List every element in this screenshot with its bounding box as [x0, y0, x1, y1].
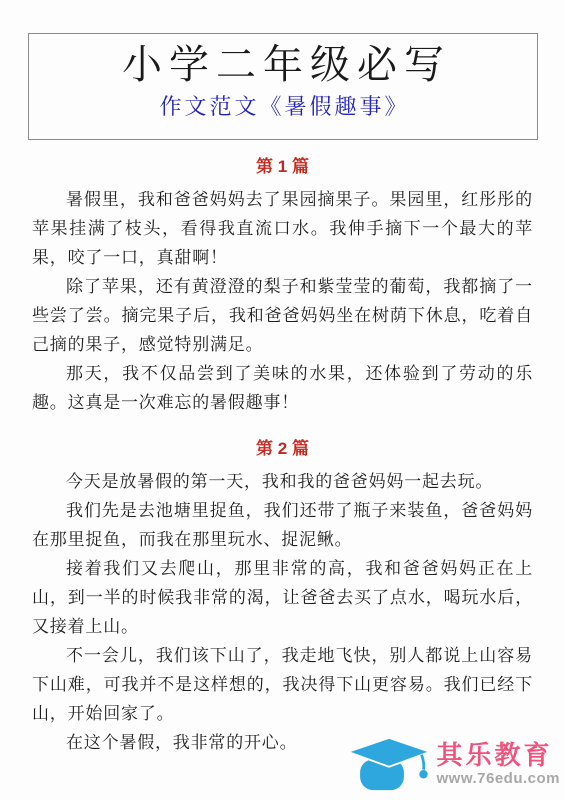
page-title: 小学二年级必写 — [36, 41, 537, 89]
section-1-heading: 第 1 篇 — [32, 156, 533, 178]
paragraph: 除了苹果，还有黄澄澄的梨子和紫莹莹的葡萄，我都摘了一些尝了尝。摘完果子后，我和爸… — [32, 272, 533, 359]
brand-logo: 其乐教育 www.76edu.com — [348, 734, 560, 794]
page-subtitle: 作文范文《暑假趣事》 — [32, 93, 537, 121]
graduation-cap-icon — [348, 734, 430, 794]
brand-url: www.76edu.com — [437, 770, 560, 788]
paragraph: 接着我们又去爬山，那里非常的高，我和爸爸妈妈正在上山，到一半的时候我非常的渴，让… — [32, 554, 533, 641]
paragraph: 暑假里，我和爸爸妈妈去了果园摘果子。果园里，红彤彤的苹果挂满了枝头，看得我直流口… — [32, 185, 533, 272]
essay-section-1: 第 1 篇 暑假里，我和爸爸妈妈去了果园摘果子。果园里，红彤彤的苹果挂满了枝头，… — [32, 156, 533, 417]
essay-section-2: 第 2 篇 今天是放暑假的第一天，我和我的爸爸妈妈一起去玩。 我们先是去池塘里捉… — [32, 438, 533, 757]
section-2-heading: 第 2 篇 — [32, 438, 533, 460]
essay-content: 第 1 篇 暑假里，我和爸爸妈妈去了果园摘果子。果园里，红彤彤的苹果挂满了枝头，… — [32, 156, 533, 757]
paragraph: 我们先是去池塘里捉鱼，我们还带了瓶子来装鱼，爸爸妈妈在那里捉鱼，而我在那里玩水、… — [32, 496, 533, 554]
paragraph: 那天，我不仅品尝到了美味的水果，还体验到了劳动的乐趣。这真是一次难忘的暑假趣事！ — [32, 359, 533, 417]
paragraph: 今天是放暑假的第一天，我和我的爸爸妈妈一起去玩。 — [32, 467, 533, 496]
title-box: 小学二年级必写 作文范文《暑假趣事》 — [28, 33, 538, 140]
paragraph: 不一会儿，我们该下山了，我走地飞快，别人都说上山容易下山难，可我并不是这样想的，… — [32, 641, 533, 728]
brand-name: 其乐教育 — [437, 740, 560, 770]
brand-text: 其乐教育 www.76edu.com — [437, 740, 560, 788]
